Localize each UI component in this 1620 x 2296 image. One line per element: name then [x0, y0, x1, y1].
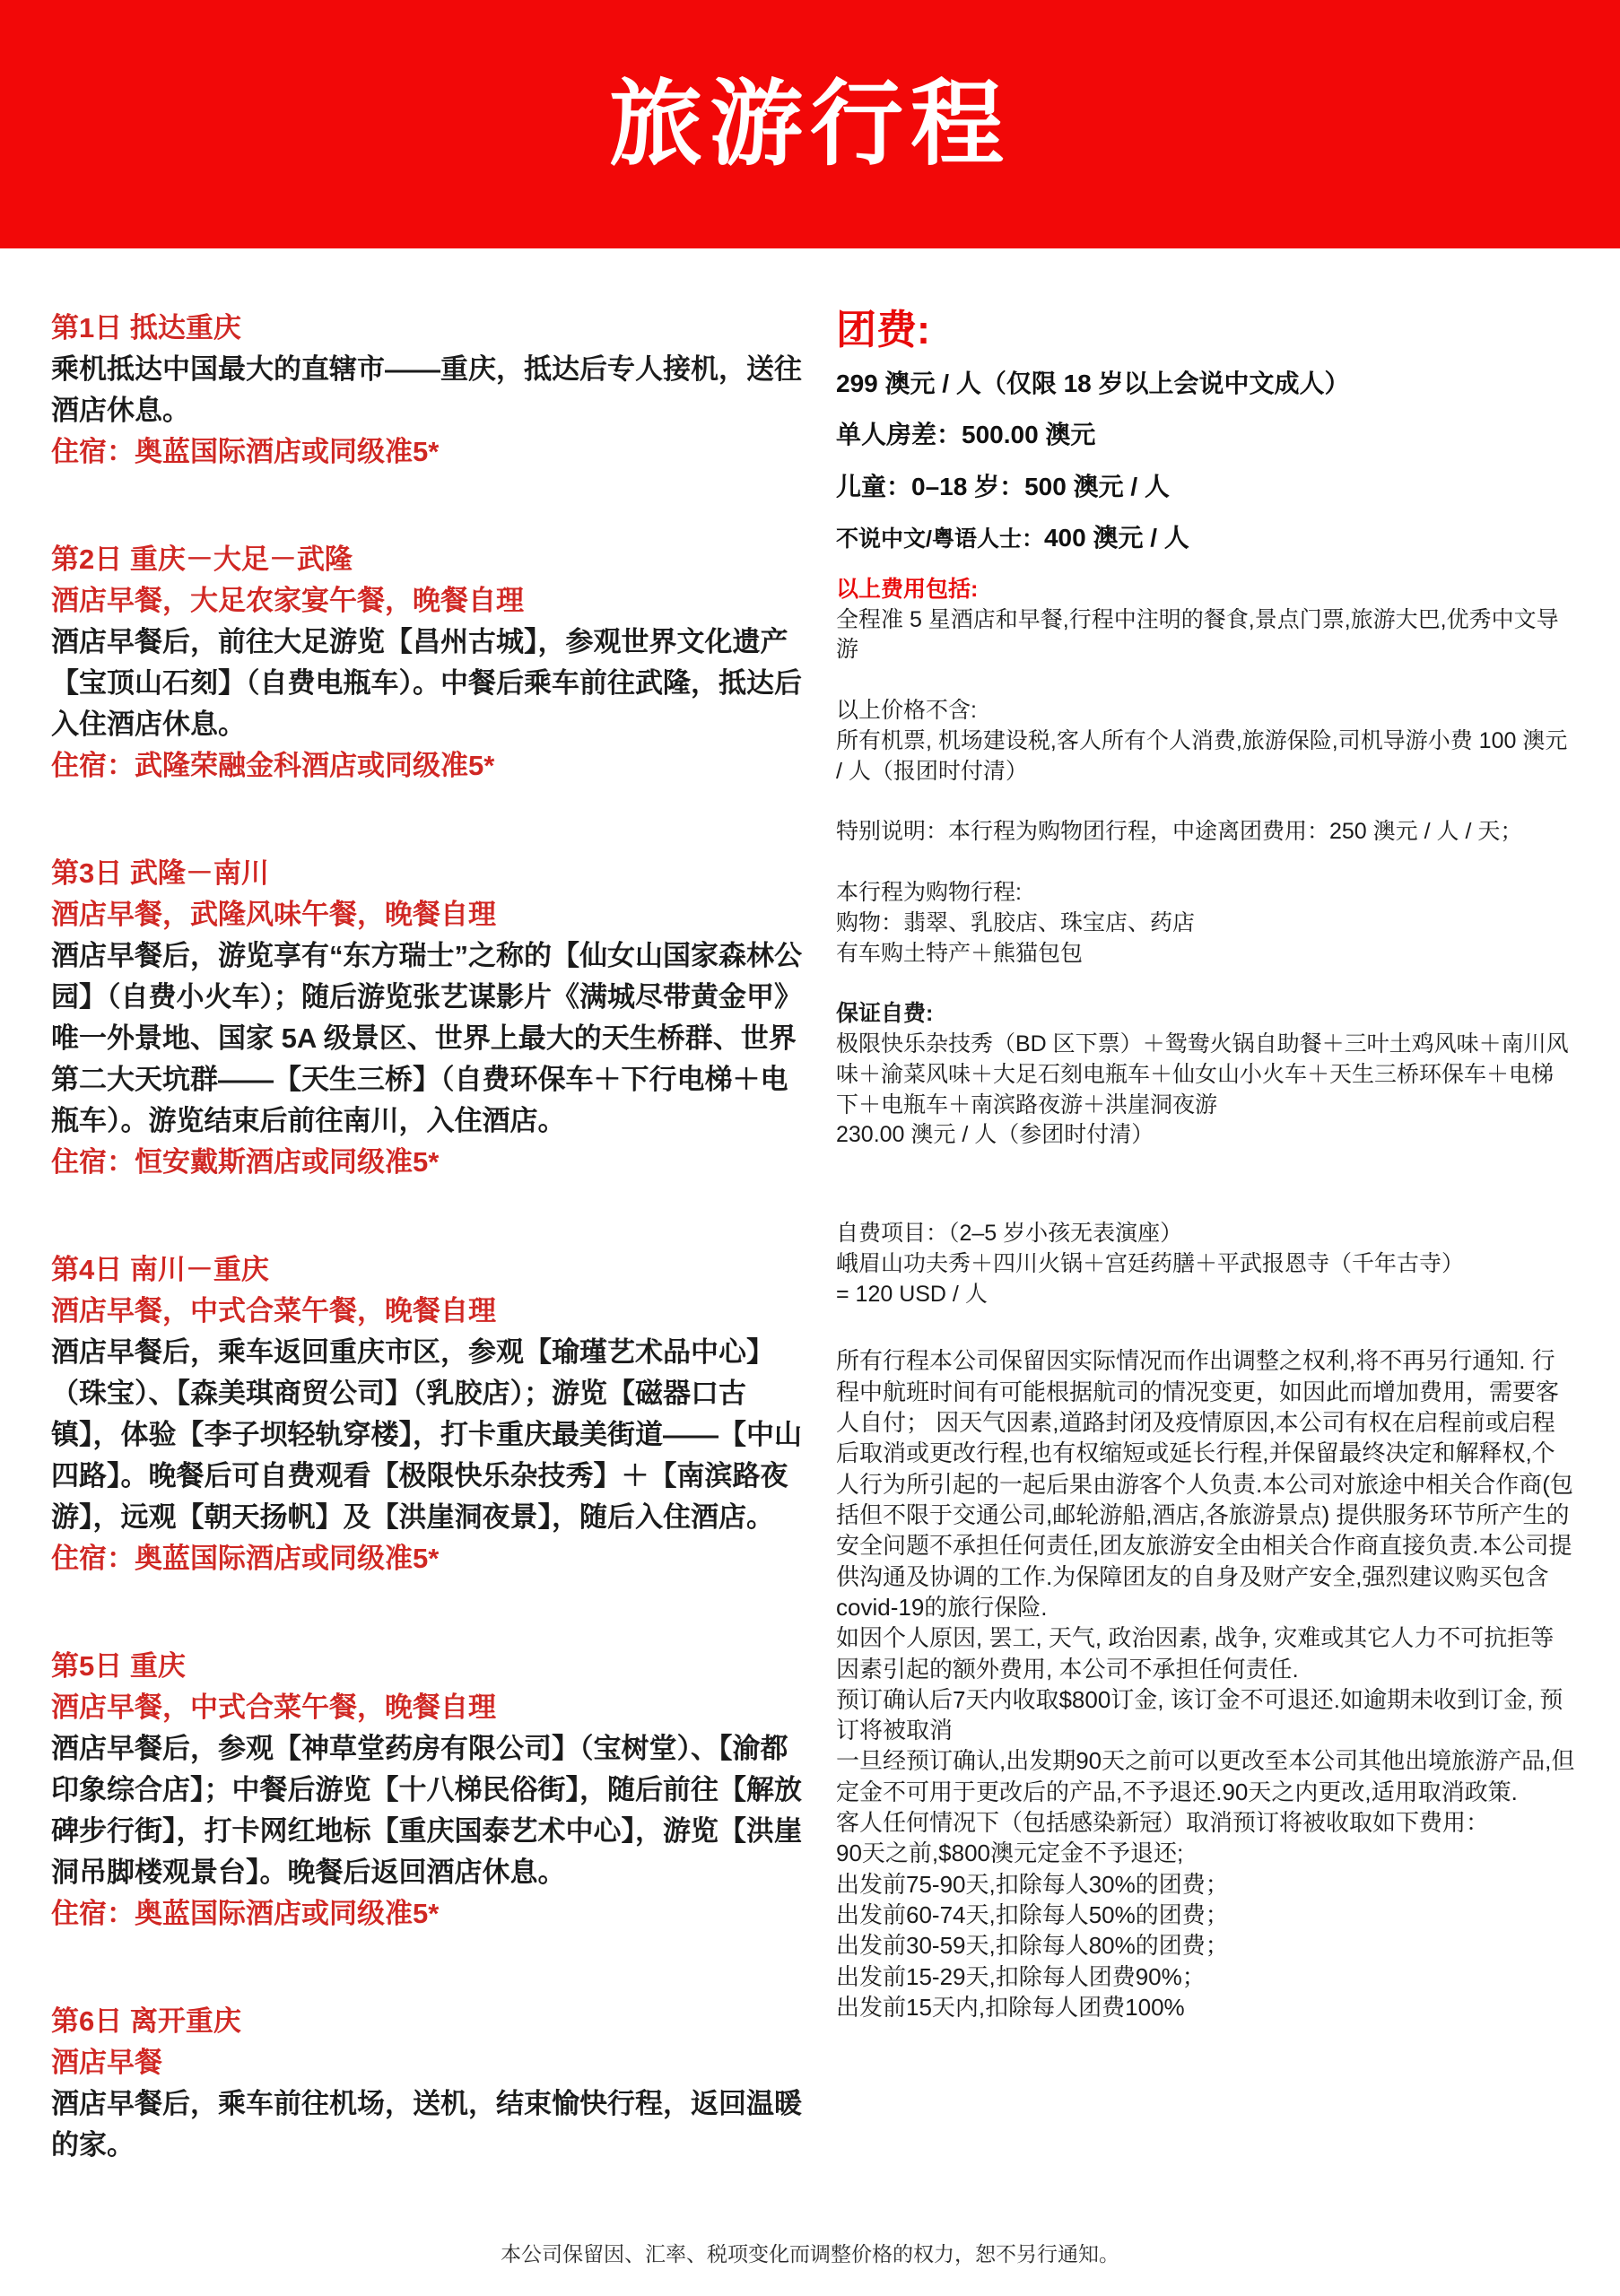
day-hotel: 住宿：奥蓝国际酒店或同级准5* [51, 1893, 809, 1935]
guaranteed-selfpay-section: 保证自费: 极限快乐杂技秀（BD 区下票）＋鸳鸯火锅自助餐＋三叶土鸡风味＋南川风… [836, 999, 1575, 1151]
optional-heading: 自费项目：（2–5 岁小孩无表演座） [836, 1219, 1575, 1249]
day-meals: 酒店早餐，中式合菜午餐，晚餐自理 [51, 1291, 809, 1332]
terms-paragraph: 一旦经预订确认,出发期90天之前可以更改至本公司其他出境旅游产品,但定金不可用于… [836, 1745, 1575, 1807]
itinerary-page: 旅游行程 第1日 抵达重庆 乘机抵达中国最大的直辖市——重庆，抵达后专人接机，送… [0, 0, 1620, 2296]
day-description: 酒店早餐后，乘车前往机场，送机，结束愉快行程，返回温暖的家。 [51, 2083, 809, 2166]
special-note-text: 特别说明：本行程为购物团行程，中途离团费用：250 澳元 / 人 / 天； [836, 817, 1575, 848]
day-description: 酒店早餐后，乘车返回重庆市区，参观【瑜瑾艺术品中心】（珠宝）、【森美琪商贸公司】… [51, 1332, 809, 1538]
day-title: 第1日 抵达重庆 [51, 308, 809, 349]
terms-section: 所有行程本公司保留因实际情况而作出调整之权利,将不再另行通知. 行程中航班时间有… [836, 1345, 1575, 2022]
guaranteed-body: 极限快乐杂技秀（BD 区下票）＋鸳鸯火锅自助餐＋三叶土鸡风味＋南川风味＋渝菜风味… [836, 1030, 1575, 1120]
includes-body: 全程准 5 星酒店和早餐,行程中注明的餐食,景点门票,旅游大巴,优秀中文导游 [836, 605, 1575, 666]
day-hotel: 住宿：武隆荣融金科酒店或同级准5* [51, 745, 809, 787]
optional-body: 峨眉山功夫秀＋四川火锅＋宫廷药膳＋平武报恩寺（千年古寺） [836, 1249, 1575, 1280]
itinerary-column: 第1日 抵达重庆 乘机抵达中国最大的直辖市——重庆，抵达后专人接机，送往酒店休息… [51, 308, 809, 2232]
shopping-line: 有车购土特产＋熊猫包包 [836, 939, 1575, 970]
terms-cancellation-line: 出发前60-74天,扣除每人50%的团费； [836, 1900, 1575, 1930]
day-meals: 酒店早餐，武隆风味午餐，晚餐自理 [51, 894, 809, 935]
banner: 旅游行程 [0, 0, 1620, 248]
day-hotel: 住宿：奥蓝国际酒店或同级准5* [51, 431, 809, 473]
day-section-5: 第5日 重庆 酒店早餐，中式合菜午餐，晚餐自理 酒店早餐后，参观【神草堂药房有限… [51, 1646, 809, 1935]
day-meals: 酒店早餐，中式合菜午餐，晚餐自理 [51, 1687, 809, 1728]
excludes-body: 所有机票, 机场建设税,客人所有个人消费,旅游保险,司机导游小费 100 澳元 … [836, 726, 1575, 787]
content: 第1日 抵达重庆 乘机抵达中国最大的直辖市——重庆，抵达后专人接机，送往酒店休息… [0, 248, 1620, 2232]
optional-price: = 120 USD / 人 [836, 1280, 1575, 1310]
terms-paragraph: 客人任何情况下（包括感染新冠）取消预订将被收取如下费用： [836, 1807, 1575, 1838]
day-title: 第5日 重庆 [51, 1646, 809, 1687]
guaranteed-heading: 保证自费: [836, 999, 1575, 1030]
day-description: 酒店早餐后，参观【神草堂药房有限公司】（宝树堂）、【渝都印象综合店】；中餐后游览… [51, 1728, 809, 1893]
fee-non-chinese-label: 不说中文/粤语人士： [836, 526, 1044, 552]
day-description: 酒店早餐后，前往大足游览【昌州古城】，参观世界文化遗产【宝顶山石刻】（自费电瓶车… [51, 622, 809, 745]
day-title: 第4日 南川－重庆 [51, 1249, 809, 1291]
day-meals: 酒店早餐，大足农家宴午餐，晚餐自理 [51, 580, 809, 622]
terms-cancellation-line: 90天之前,$800澳元定金不予退还; [836, 1838, 1575, 1868]
day-hotel: 住宿：奥蓝国际酒店或同级准5* [51, 1538, 809, 1579]
day-description: 酒店早餐后，游览享有“东方瑞士”之称的【仙女山国家森林公园】（自费小火车）；随后… [51, 935, 809, 1142]
terms-cancellation-line: 出发前30-59天,扣除每人80%的团费； [836, 1930, 1575, 1961]
page-title: 旅游行程 [609, 78, 1011, 171]
excludes-heading: 以上价格不含: [836, 696, 1575, 726]
footer: 本公司保留因、汇率、税项变化而调整价格的权力，恕不另行通知。 [0, 2238, 1620, 2267]
special-note: 特别说明：本行程为购物团行程，中途离团费用：250 澳元 / 人 / 天； [836, 817, 1575, 848]
day-title: 第3日 武隆－南川 [51, 853, 809, 894]
fee-non-chinese-value: 400 澳元 / 人 [1044, 524, 1189, 552]
terms-cancellation-line: 出发前15天内,扣除每人团费100% [836, 1992, 1575, 2022]
shopping-section: 本行程为购物行程: 购物：翡翠、乳胶店、珠宝店、药店 有车购土特产＋熊猫包包 [836, 878, 1575, 969]
day-section-4: 第4日 南川－重庆 酒店早餐，中式合菜午餐，晚餐自理 酒店早餐后，乘车返回重庆市… [51, 1249, 809, 1579]
footer-disclaimer: 本公司保留因、汇率、税项变化而调整价格的权力，恕不另行通知。 [0, 2238, 1620, 2267]
day-title: 第2日 重庆－大足－武隆 [51, 539, 809, 580]
terms-cancellation-line: 出发前75-90天,扣除每人30%的团费； [836, 1869, 1575, 1900]
day-description: 乘机抵达中国最大的直辖市——重庆，抵达后专人接机，送往酒店休息。 [51, 349, 809, 431]
terms-paragraph: 预订确认后7天内收取$800订金, 该订金不可退还.如逾期未收到订金, 预订将被… [836, 1684, 1575, 1746]
day-hotel: 住宿：恒安戴斯酒店或同级准5* [51, 1142, 809, 1183]
fees-heading: 团费: [836, 308, 1575, 352]
optional-items-section: 自费项目：（2–5 岁小孩无表演座） 峨眉山功夫秀＋四川火锅＋宫廷药膳＋平武报恩… [836, 1219, 1575, 1309]
day-section-1: 第1日 抵达重庆 乘机抵达中国最大的直辖市——重庆，抵达后专人接机，送往酒店休息… [51, 308, 809, 473]
includes-section: 以上费用包括: 全程准 5 星酒店和早餐,行程中注明的餐食,景点门票,旅游大巴,… [836, 575, 1575, 665]
guaranteed-price: 230.00 澳元 / 人（参团时付清） [836, 1120, 1575, 1151]
day-title: 第6日 离开重庆 [51, 2001, 809, 2042]
terms-paragraph: 所有行程本公司保留因实际情况而作出调整之权利,将不再另行通知. 行程中航班时间有… [836, 1345, 1575, 1622]
day-meals: 酒店早餐 [51, 2042, 809, 2083]
fee-line-adult: 299 澳元 / 人（仅限 18 岁以上会说中文成人） [836, 369, 1575, 399]
terms-paragraph: 如因个人原因, 罢工, 天气, 政治因素, 战争, 灾难或其它人力不可抗拒等因素… [836, 1622, 1575, 1684]
day-section-6: 第6日 离开重庆 酒店早餐 酒店早餐后，乘车前往机场，送机，结束愉快行程，返回温… [51, 2001, 809, 2166]
day-section-3: 第3日 武隆－南川 酒店早餐，武隆风味午餐，晚餐自理 酒店早餐后，游览享有“东方… [51, 853, 809, 1183]
terms-cancellation-line: 出发前15-29天,扣除每人团费90%； [836, 1961, 1575, 1992]
pricing-column: 团费: 299 澳元 / 人（仅限 18 岁以上会说中文成人） 单人房差：500… [836, 308, 1575, 2022]
shopping-line: 购物：翡翠、乳胶店、珠宝店、药店 [836, 909, 1575, 939]
fee-lines: 299 澳元 / 人（仅限 18 岁以上会说中文成人） 单人房差：500.00 … [836, 369, 1575, 553]
includes-heading: 以上费用包括: [836, 575, 1575, 605]
shopping-heading: 本行程为购物行程: [836, 878, 1575, 909]
day-section-2: 第2日 重庆－大足－武隆 酒店早餐，大足农家宴午餐，晚餐自理 酒店早餐后，前往大… [51, 539, 809, 787]
excludes-section: 以上价格不含: 所有机票, 机场建设税,客人所有个人消费,旅游保险,司机导游小费… [836, 696, 1575, 787]
fee-line-single-supplement: 单人房差：500.00 澳元 [836, 420, 1575, 450]
fee-line-non-chinese: 不说中文/粤语人士：400 澳元 / 人 [836, 523, 1575, 553]
fee-line-child: 儿童：0–18 岁：500 澳元 / 人 [836, 472, 1575, 502]
